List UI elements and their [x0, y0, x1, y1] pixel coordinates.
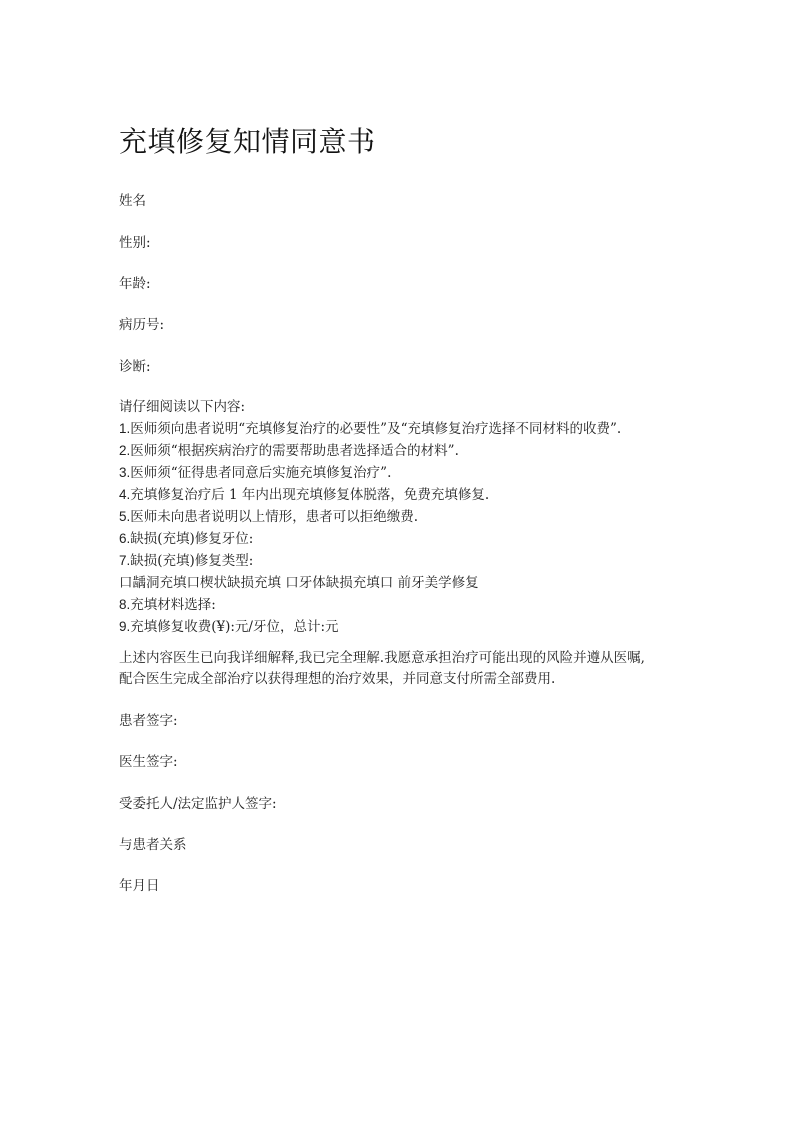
instruction-item: 5.医师未向患者说明以上情形，患者可以拒绝缴费.	[119, 506, 621, 528]
field-name: 姓名	[119, 191, 146, 211]
item-number: 5.	[119, 509, 130, 524]
field-age: 年龄:	[119, 274, 151, 294]
field-record-number: 病历号:	[119, 315, 164, 335]
instruction-item: 2.医师须“根据疾病治疗的需要帮助患者选择适合的材料”.	[119, 440, 621, 462]
item-number: 1.	[119, 421, 130, 436]
instruction-item: 8.充填材料选择:	[119, 594, 621, 616]
instruction-item: 9.充填修复收费(¥):元/牙位，总计:元	[119, 616, 621, 638]
instruction-item: 1.医师须向患者说明“充填修复治疗的必要性”及“充填修复治疗选择不同材料的收费”…	[119, 418, 621, 440]
instruction-item: 6.缺损(充填)修复牙位:	[119, 528, 621, 550]
item-number: 4.	[119, 487, 130, 502]
date-field: 年月日	[119, 876, 160, 896]
consent-line: 上述内容医生已向我详细解释,我已完全理解.我愿意承担治疗可能出现的风险并遵从医嘱…	[119, 648, 689, 669]
item-number: 9.	[119, 619, 130, 634]
doctor-signature-field: 医生签字:	[119, 752, 178, 772]
consent-line: 配合医生完成全部治疗以获得理想的治疗效果，并同意支付所需全部费用.	[119, 669, 689, 690]
item-number: 7.	[119, 553, 130, 568]
instruction-item: 3.医师须“征得患者同意后实施充填修复治疗”.	[119, 462, 621, 484]
item-text: 充填修复治疗后 1 年内出现充填修复体脱落，免费充填修复.	[130, 487, 489, 503]
document-title: 充填修复知情同意书	[119, 124, 376, 160]
item-text: 医师须“征得患者同意后实施充填修复治疗”.	[130, 465, 391, 481]
patient-signature-field: 患者签字:	[119, 711, 178, 731]
item-number: 2.	[119, 443, 130, 458]
item-number: 3.	[119, 465, 130, 480]
item-text: 充填材料选择:	[130, 597, 216, 613]
instruction-item: 4.充填修复治疗后 1 年内出现充填修复体脱落，免费充填修复.	[119, 484, 621, 506]
instructions-heading: 请仔细阅读以下内容:	[119, 397, 621, 418]
item-number: 6.	[119, 531, 130, 546]
item-text: 医师须“根据疾病治疗的需要帮助患者选择适合的材料”.	[130, 443, 459, 459]
relationship-field: 与患者关系	[119, 835, 187, 855]
field-diagnosis: 诊断:	[119, 357, 151, 377]
repair-type-options: 口龋洞充填口楔状缺损充填 口牙体缺损充填口 前牙美学修复	[119, 572, 621, 594]
item-text: 口龋洞充填口楔状缺损充填 口牙体缺损充填口 前牙美学修复	[119, 575, 479, 591]
item-text: 充填修复收费(¥):元/牙位，总计:元	[130, 619, 338, 635]
item-text: 医师须向患者说明“充填修复治疗的必要性”及“充填修复治疗选择不同材料的收费”.	[130, 421, 621, 437]
item-text: 缺损(充填)修复牙位:	[130, 531, 253, 547]
item-text: 医师未向患者说明以上情形，患者可以拒绝缴费.	[130, 509, 418, 525]
instruction-item: 7.缺损(充填)修复类型:	[119, 550, 621, 572]
consent-statement: 上述内容医生已向我详细解释,我已完全理解.我愿意承担治疗可能出现的风险并遵从医嘱…	[119, 648, 689, 690]
guardian-signature-field: 受委托人/法定监护人签字:	[119, 794, 277, 814]
instructions-section: 请仔细阅读以下内容: 1.医师须向患者说明“充填修复治疗的必要性”及“充填修复治…	[119, 397, 621, 638]
item-text: 缺损(充填)修复类型:	[130, 553, 253, 569]
field-gender: 性别:	[119, 233, 151, 253]
item-number: 8.	[119, 597, 130, 612]
